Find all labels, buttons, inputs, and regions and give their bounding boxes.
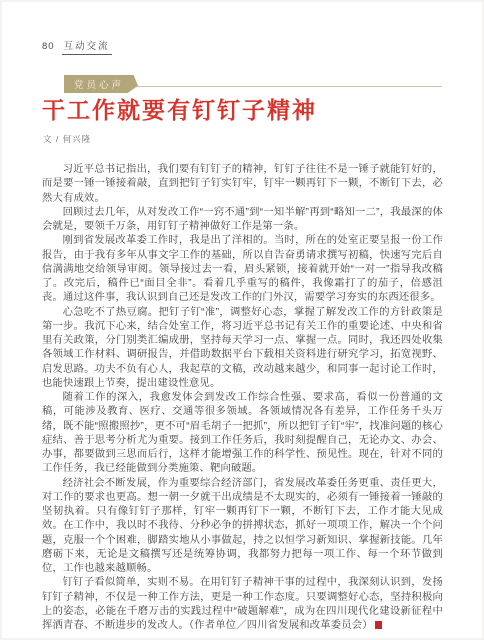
paragraph-3: 刚到省发展改革委工作时，我是出了洋相的。当时，所在的处室正要呈报一份工作报告，由… bbox=[42, 234, 443, 305]
paragraph-7: 钉钉子看似简单，实则不易。在用钉钉子精神干事的过程中，我深刻认识到，发扬钉钉子精… bbox=[42, 576, 443, 633]
magazine-page: 80 互动交流 党员心声 干工作就要有钉钉子精神 文 / 何兴隆 习近平总书记指… bbox=[2, 2, 482, 638]
article-body: 习近平总书记指出，我们要有钉钉子的精神，钉钉子往往不是一锤子就能钉好的，而是要一… bbox=[42, 163, 443, 633]
article-title: 干工作就要有钉钉子精神 bbox=[42, 92, 462, 125]
paragraph-1: 习近平总书记指出，我们要有钉钉子的精神，钉钉子往往不是一锤子就能钉好的，而是要一… bbox=[42, 163, 443, 206]
paragraph-7-text: 钉钉子看似简单，实则不易。在用钉钉子精神干事的过程中，我深刻认识到，发扬钉钉子精… bbox=[42, 577, 443, 631]
end-of-article-mark bbox=[375, 621, 382, 629]
paragraph-6: 经济社会不断发展，作为重要综合经济部门，省发展改革委任务更重、责任更大，对工作的… bbox=[42, 477, 443, 577]
section-name: 互动交流 bbox=[62, 38, 112, 55]
category-tab: 党员心声 bbox=[64, 75, 138, 93]
article-byline: 文 / 何兴隆 bbox=[43, 133, 91, 145]
page-folio: 80 互动交流 bbox=[42, 38, 112, 55]
page-number: 80 bbox=[42, 41, 55, 52]
paragraph-2: 回顾过去几年，从对发改工作“一窍不通”到“一知半解”再到“略知一二”，我最深的体… bbox=[42, 206, 443, 235]
paragraph-5: 随着工作的深入，我愈发体会到发改工作综合性强、要求高，看似一份普通的文稿，可能涉… bbox=[42, 391, 443, 477]
paragraph-4: 心急吃不了热豆腐。把钉子钉“准”，调整好心态，掌握了解发改工作的方针政策是第一步… bbox=[42, 306, 443, 392]
